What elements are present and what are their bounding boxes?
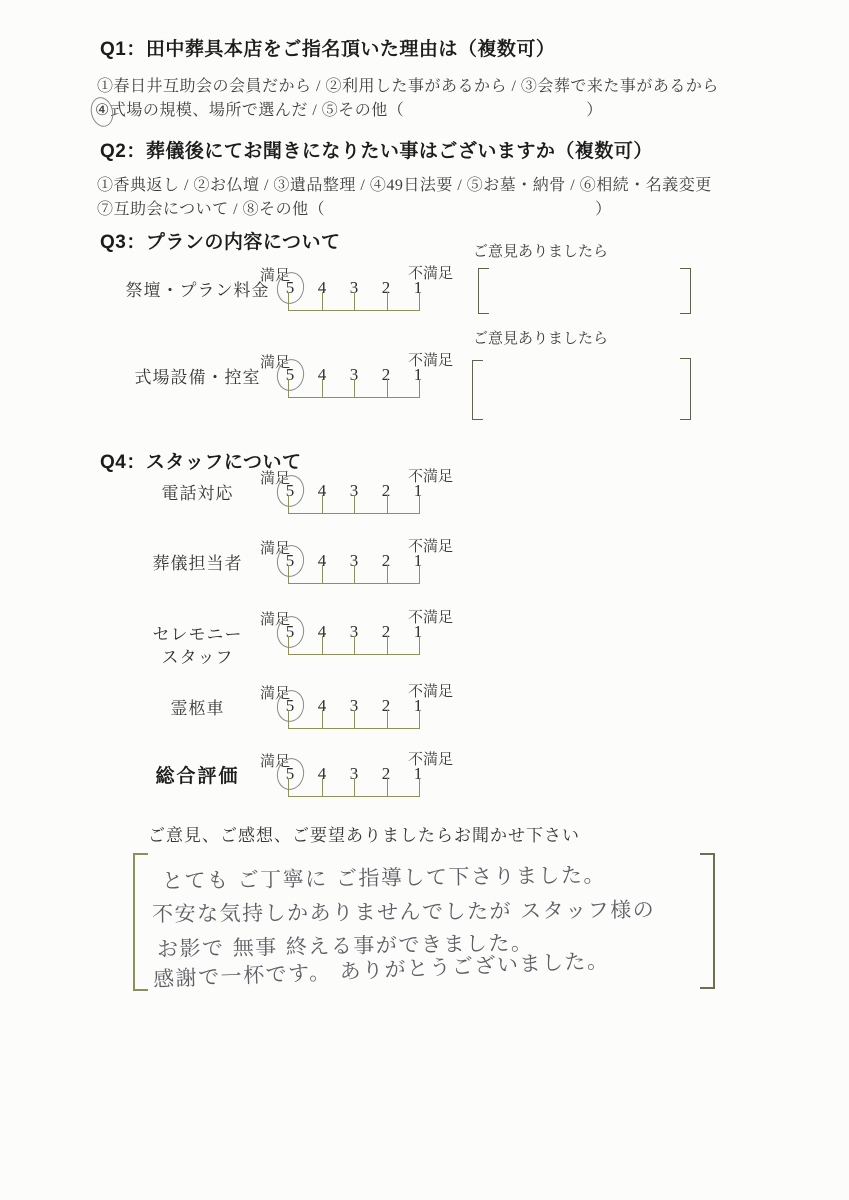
rating-row: 総合評価 満足 不満足 54321	[0, 750, 849, 812]
rating-row: セレモニー スタッフ 満足 不満足 54321	[0, 608, 849, 670]
pen-circle-mark	[88, 95, 116, 129]
q1-close-paren: ）	[586, 102, 603, 119]
q2-options-line1: ①香典返し / ②お仏壇 / ③遺品整理 / ④49日法要 / ⑤お墓・納骨 /…	[97, 172, 712, 195]
rating-row: 式場設備・控室 満足 不満足 54321	[0, 351, 849, 413]
handwritten-comment-line: とても ご丁寧に ご指導して下さりました。	[162, 859, 606, 895]
q2-options-line2-text: ⑦互助会について / ⑧その他（	[97, 201, 325, 218]
q1-title: Q1：田中葬具本店をご指名頂いた理由は（複数可）	[100, 34, 555, 61]
free-comment-bracket-left	[133, 853, 148, 991]
rating-scale: 満足 不満足 54321	[260, 351, 470, 403]
rating-scale: 満足 不満足 54321	[260, 608, 470, 660]
q2-close-paren: ）	[595, 201, 612, 218]
handwritten-comment-line: 不安な気持しかありませんでしたが スタッフ様の	[152, 894, 655, 928]
survey-scan-page: Q1：田中葬具本店をご指名頂いた理由は（複数可） ①春日井互助会の会員だから /…	[0, 0, 849, 1200]
q1-options-line2: ④ 式場の規模、場所で選んだ / ⑤その他（）	[95, 97, 603, 120]
free-comment-prompt: ご意見、ご感想、ご要望ありましたらお聞かせ下さい	[148, 821, 580, 846]
scale-ruler-line	[288, 565, 420, 584]
rating-row: 祭壇・プラン料金 満足 不満足 54321	[0, 264, 849, 326]
scale-ruler-line	[288, 710, 420, 729]
rating-row: 霊柩車 満足 不満足 54321	[0, 682, 849, 744]
q3-title: Q3：プランの内容について	[100, 227, 340, 254]
rating-scale: 満足 不満足 54321	[260, 264, 470, 316]
q3-row2-comment-label: ご意見ありましたら	[473, 327, 608, 348]
rating-scale: 満足 不満足 54321	[260, 750, 470, 802]
scale-ruler-line	[288, 778, 420, 797]
scale-ruler-line	[288, 292, 420, 311]
q2-options-line2: ⑦互助会について / ⑧その他（）	[97, 196, 612, 219]
rating-scale: 満足 不満足 54321	[260, 682, 470, 734]
rating-row: 電話対応 満足 不満足 54321	[0, 467, 849, 529]
scale-ruler-line	[288, 379, 420, 398]
scale-ruler-line	[288, 495, 420, 514]
q1-circled-answer: ④	[95, 100, 110, 120]
rating-scale: 満足 不満足 54321	[260, 537, 470, 589]
rating-row: 葬儀担当者 満足 不満足 54321	[0, 537, 849, 599]
q2-title: Q2：葬儀後にてお聞きになりたい事はございますか（複数可）	[100, 136, 653, 163]
q3-row1-comment-label: ご意見ありましたら	[473, 240, 608, 261]
free-comment-bracket-right	[700, 853, 715, 989]
q1-options-line1: ①春日井互助会の会員だから / ②利用した事があるから / ③会葬で来た事がある…	[97, 73, 719, 96]
rating-scale: 満足 不満足 54321	[260, 467, 470, 519]
q1-options-line2-text: 式場の規模、場所で選んだ / ⑤その他（	[110, 102, 404, 119]
scale-ruler-line	[288, 636, 420, 655]
